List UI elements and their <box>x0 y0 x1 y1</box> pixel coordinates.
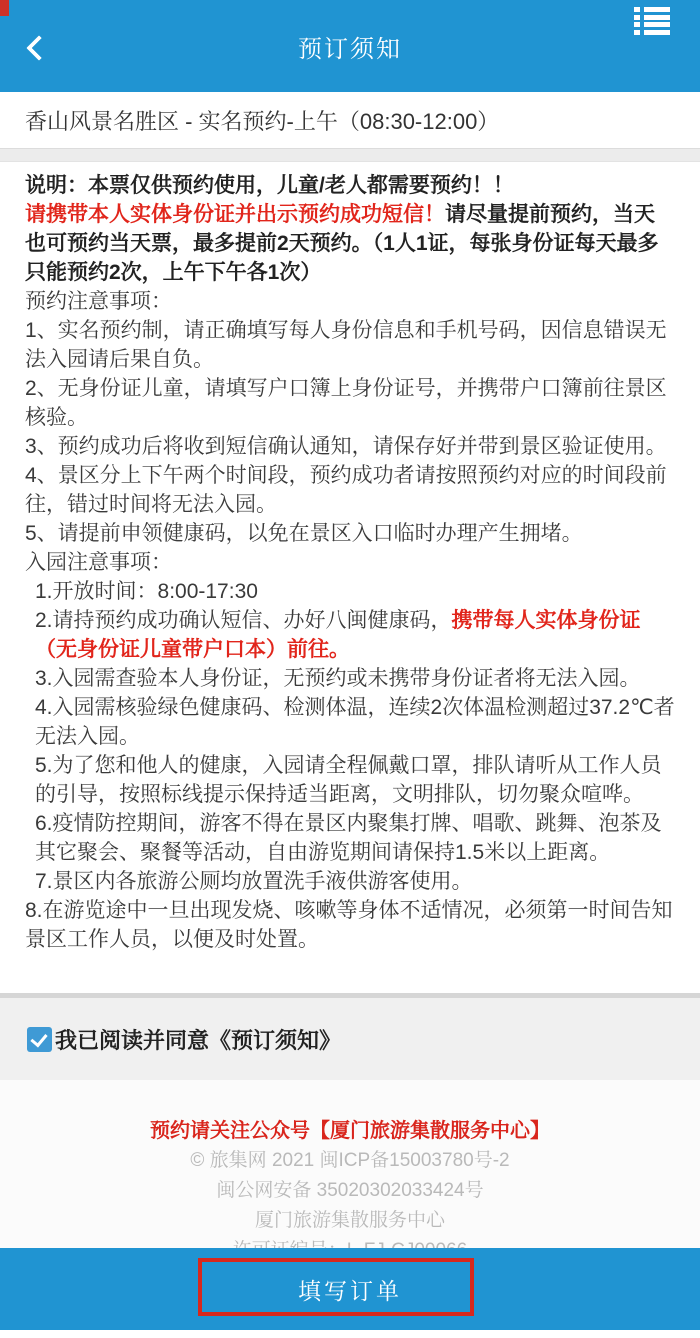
notice-content: 说明：本票仅供预约使用，儿童/老人都需要预约！！ 请携带本人实体身份证并出示预约… <box>0 162 700 993</box>
checkmark-icon <box>30 1029 47 1047</box>
screenshot-corner-artifact <box>0 0 9 16</box>
entry-note-item: 1.开放时间：8:00-17:30 <box>25 577 675 606</box>
entry-notes-title: 入园注意事项： <box>25 548 675 577</box>
entry-note-2-text: 2.请持预约成功确认短信、办好八闽健康码， <box>35 609 452 632</box>
entry-note-item: 2.请持预约成功确认短信、办好八闽健康码，携带每人实体身份证（无身份证儿童带户口… <box>25 606 675 664</box>
page-title: 预订须知 <box>0 0 700 92</box>
booking-note-item: 3、预约成功后将收到短信确认通知，请保存好并带到景区验证使用。 <box>25 432 675 461</box>
notice-carry-id-warning: 请携带本人实体身份证并出示预约成功短信！ <box>25 203 445 226</box>
wechat-follow-notice: 预约请关注公众号【厦门旅游集散服务中心】 <box>0 1116 700 1146</box>
bottom-edge-strip <box>0 1330 700 1338</box>
booking-note-item: 4、景区分上下午两个时间段，预约成功者请按照预约对应的时间段前往，错过时间将无法… <box>25 461 675 519</box>
notice-intro: 说明：本票仅供预约使用，儿童/老人都需要预约！！ <box>25 171 675 200</box>
entry-note-item: 4.入园需核验绿色健康码、检测体温，连续2次体温检测超过37.2℃者无法入园。 <box>25 693 675 751</box>
product-name: 香山风景名胜区 - 实名预约-上午（08:30-12:00） <box>25 105 499 136</box>
agreement-label: 我已阅读并同意《预订须知》 <box>55 1024 341 1055</box>
order-list-button[interactable] <box>634 5 674 37</box>
back-button[interactable] <box>22 30 56 64</box>
org-name-line: 厦门旅游集散服务中心 <box>0 1206 700 1236</box>
back-chevron-icon <box>26 35 51 60</box>
submit-order-label: 填写订单 <box>298 1273 402 1306</box>
booking-note-item: 2、无身份证儿童，请填写户口簿上身份证号，并携带户口簿前往景区核验。 <box>25 374 675 432</box>
booking-note-item: 5、请提前申领健康码，以免在景区入口临时办理产生拥堵。 <box>25 519 675 548</box>
agreement-row: 我已阅读并同意《预订须知》 <box>0 998 700 1080</box>
section-gap <box>0 148 700 162</box>
entry-note-item: 8.在游览途中一旦出现发烧、咳嗽等身体不适情况，必须第一时间告知景区工作人员，以… <box>25 896 675 954</box>
notice-carry-id: 请携带本人实体身份证并出示预约成功短信！请尽量提前预约，当天也可预约当天票，最多… <box>25 200 675 287</box>
list-icon <box>634 30 674 35</box>
list-icon <box>634 22 674 27</box>
product-title-bar: 香山风景名胜区 - 实名预约-上午（08:30-12:00） <box>0 92 700 148</box>
submit-order-button[interactable]: 填写订单 <box>0 1248 700 1330</box>
copyright-line: © 旅集网 2021 闽ICP备15003780号-2 <box>0 1146 700 1176</box>
police-record-line: 闽公网安备 35020302033424号 <box>0 1176 700 1206</box>
entry-note-item: 5.为了您和他人的健康，入园请全程佩戴口罩，排队请听从工作人员的引导，按照标线提… <box>25 751 675 809</box>
header-bar: 预订须知 <box>0 0 700 92</box>
list-icon <box>634 7 674 12</box>
agree-checkbox[interactable] <box>27 1027 52 1052</box>
entry-note-item: 7.景区内各旅游公厕均放置洗手液供游客使用。 <box>25 867 675 896</box>
entry-note-item: 3.入园需查验本人身份证，无预约或未携带身份证者将无法入园。 <box>25 664 675 693</box>
list-icon <box>634 15 674 20</box>
booking-notes-title: 预约注意事项： <box>25 287 675 316</box>
booking-note-item: 1、实名预约制，请正确填写每人身份信息和手机号码，因信息错误无法入园请后果自负。 <box>25 316 675 374</box>
entry-note-item: 6.疫情防控期间，游客不得在景区内聚集打牌、唱歌、跳舞、泡茶及其它聚会、聚餐等活… <box>25 809 675 867</box>
